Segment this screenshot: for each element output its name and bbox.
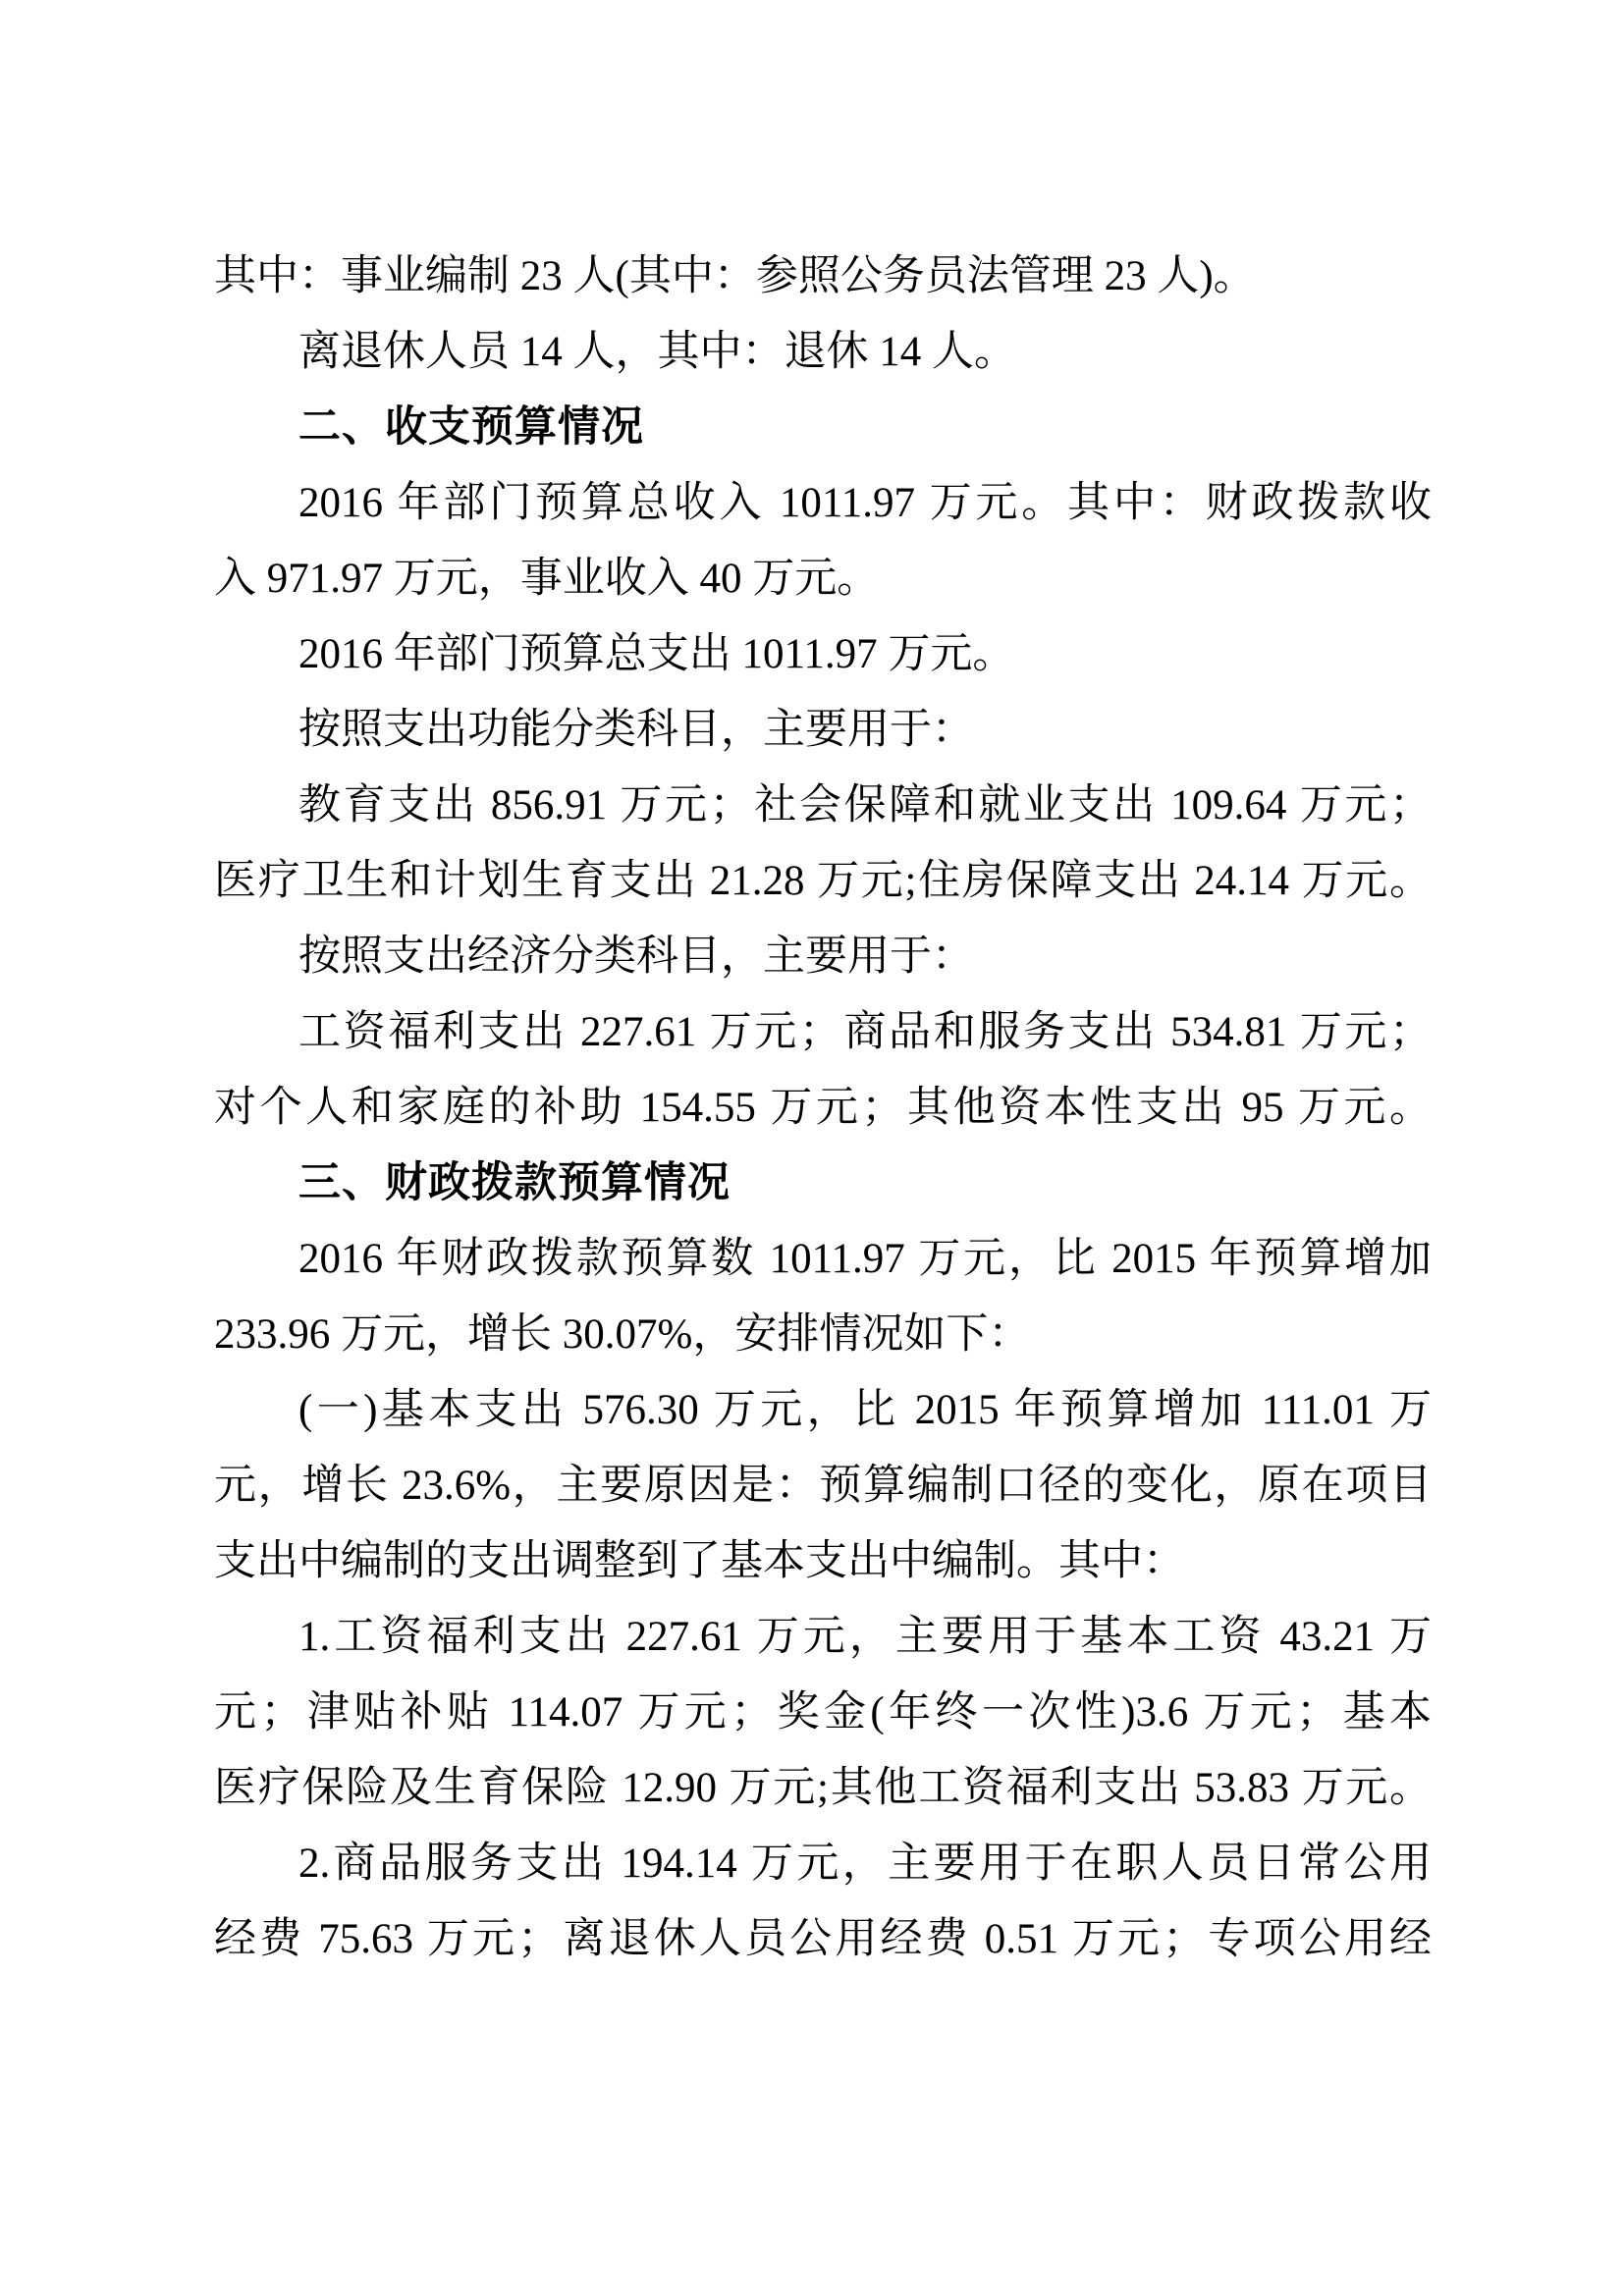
text-line: 元；津贴补贴 114.07 万元；奖金(年终一次性)3.6 万元；基本 [214, 1675, 1432, 1750]
text-line: 2.商品服务支出 194.14 万元，主要用于在职人员日常公用 [214, 1826, 1432, 1901]
text-line: 其中：事业编制 23 人(其中：参照公务员法管理 23 人)。 [214, 239, 1432, 314]
text-line: 医疗卫生和计划生育支出 21.28 万元;住房保障支出 24.14 万元。 [214, 843, 1432, 919]
document-content: 其中：事业编制 23 人(其中：参照公务员法管理 23 人)。离退休人员 14 … [214, 239, 1432, 1977]
section-heading: 三、财政拨款预算情况 [214, 1146, 1432, 1221]
text-line: 教育支出 856.91 万元；社会保障和就业支出 109.64 万元； [214, 768, 1432, 843]
text-line: 2016 年部门预算总收入 1011.97 万元。其中：财政拨款收 [214, 465, 1432, 541]
text-line: 1.工资福利支出 227.61 万元，主要用于基本工资 43.21 万 [214, 1599, 1432, 1675]
section-heading: 二、收支预算情况 [214, 390, 1432, 465]
text-line: 按照支出功能分类科目，主要用于： [214, 692, 1432, 768]
text-line: 医疗保险及生育保险 12.90 万元;其他工资福利支出 53.83 万元。 [214, 1750, 1432, 1826]
text-line: 2016 年财政拨款预算数 1011.97 万元，比 2015 年预算增加 [214, 1221, 1432, 1297]
document-page: 其中：事业编制 23 人(其中：参照公务员法管理 23 人)。离退休人员 14 … [0, 0, 1624, 2296]
text-line: 经费 75.63 万元；离退休人员公用经费 0.51 万元；专项公用经 [214, 1901, 1432, 1977]
text-line: 2016 年部门预算总支出 1011.97 万元。 [214, 616, 1432, 692]
text-line: (一)基本支出 576.30 万元，比 2015 年预算增加 111.01 万 [214, 1372, 1432, 1448]
text-line: 元，增长 23.6%，主要原因是：预算编制口径的变化，原在项目 [214, 1448, 1432, 1523]
text-line: 支出中编制的支出调整到了基本支出中编制。其中： [214, 1523, 1432, 1599]
text-line: 工资福利支出 227.61 万元；商品和服务支出 534.81 万元； [214, 994, 1432, 1070]
text-line: 按照支出经济分类科目，主要用于： [214, 919, 1432, 994]
text-line: 233.96 万元，增长 30.07%，安排情况如下： [214, 1297, 1432, 1372]
text-line: 入 971.97 万元，事业收入 40 万元。 [214, 541, 1432, 616]
text-line: 离退休人员 14 人，其中：退休 14 人。 [214, 314, 1432, 390]
text-line: 对个人和家庭的补助 154.55 万元；其他资本性支出 95 万元。 [214, 1070, 1432, 1146]
